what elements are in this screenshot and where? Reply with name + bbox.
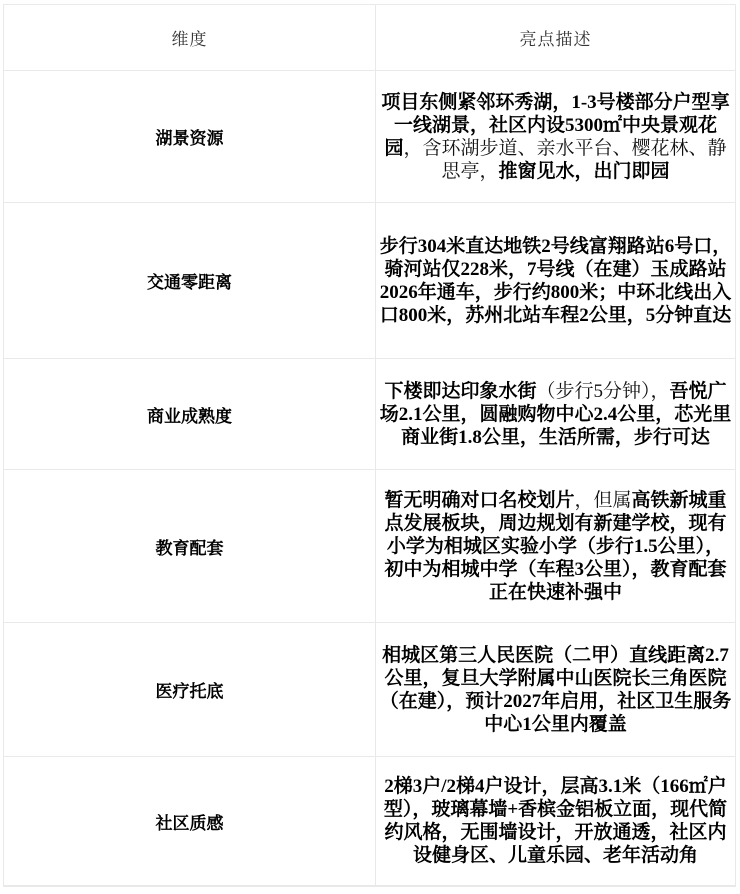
description-cell: 暂无明确对口名校划片，但属高铁新城重点发展板块，周边规划有新建学校，现有小学为相… [376, 470, 735, 622]
highlight-bold-text: 暂无明确对口名校划片 [384, 490, 574, 511]
description-cell: 2梯3户/2梯4户设计，层高3.1米（166㎡户型），玻璃幕墙+香槟金铝板立面，… [376, 757, 735, 885]
highlights-table: 维度 亮点描述 湖景资源 项目东侧紧邻环秀湖，1-3号楼部分户型享一线湖景，社区… [3, 4, 736, 887]
table-row: 商业成熟度 下楼即达印象水街（步行5分钟），吾悦广场2.1公里，圆融购物中心2.… [4, 359, 735, 470]
highlight-bold-text: 下楼即达印象水街 [384, 381, 536, 402]
table-row: 社区质感 2梯3户/2梯4户设计，层高3.1米（166㎡户型），玻璃幕墙+香槟金… [4, 757, 735, 886]
dimension-cell: 商业成熟度 [4, 359, 376, 469]
dimension-cell: 教育配套 [4, 470, 376, 622]
highlight-text: ，但属 [574, 490, 631, 511]
table-row: 湖景资源 项目东侧紧邻环秀湖，1-3号楼部分户型享一线湖景，社区内设5300㎡中… [4, 71, 735, 203]
dimension-cell: 医疗托底 [4, 623, 376, 756]
dimension-cell: 社区质感 [4, 757, 376, 885]
table-row: 医疗托底 相城区第三人民医院（二甲）直线距离2.7公里，复旦大学附属中山医院长三… [4, 623, 735, 757]
highlight-bold-text: 步行304米直达地铁2号线富翔路站6号口，骑河站仅228米，7号线（在建）玉成路… [380, 236, 732, 326]
description-cell: 项目东侧紧邻环秀湖，1-3号楼部分户型享一线湖景，社区内设5300㎡中央景观花园… [376, 71, 735, 202]
highlight-bold-text: 相城区第三人民医院（二甲）直线距离2.7公里，复旦大学附属中山医院长三角医院（在… [380, 645, 732, 735]
table-row: 教育配套 暂无明确对口名校划片，但属高铁新城重点发展板块，周边规划有新建学校，现… [4, 470, 735, 623]
description-cell: 步行304米直达地铁2号线富翔路站6号口，骑河站仅228米，7号线（在建）玉成路… [376, 203, 735, 358]
highlight-text: （步行5分钟）， [536, 381, 669, 402]
highlight-bold-text: 推窗见水，出门即园 [499, 161, 670, 182]
dimension-cell: 湖景资源 [4, 71, 376, 202]
dimension-cell: 交通零距离 [4, 203, 376, 358]
header-highlight-description: 亮点描述 [376, 5, 735, 70]
highlight-bold-text: 2梯3户/2梯4户设计，层高3.1米（166㎡户型），玻璃幕墙+香槟金铝板立面，… [384, 776, 727, 866]
table-row: 交通零距离 步行304米直达地铁2号线富翔路站6号口，骑河站仅228米，7号线（… [4, 203, 735, 359]
table-header-row: 维度 亮点描述 [4, 5, 735, 71]
description-cell: 下楼即达印象水街（步行5分钟），吾悦广场2.1公里，圆融购物中心2.4公里，芯光… [376, 359, 735, 469]
header-dimension: 维度 [4, 5, 376, 70]
table-body: 湖景资源 项目东侧紧邻环秀湖，1-3号楼部分户型享一线湖景，社区内设5300㎡中… [4, 71, 735, 886]
description-cell: 相城区第三人民医院（二甲）直线距离2.7公里，复旦大学附属中山医院长三角医院（在… [376, 623, 735, 756]
page: 维度 亮点描述 湖景资源 项目东侧紧邻环秀湖，1-3号楼部分户型享一线湖景，社区… [0, 0, 740, 894]
